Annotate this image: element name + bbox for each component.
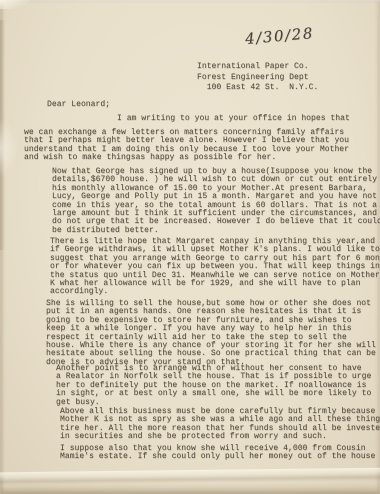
paper-bottom-shadow [0,483,380,494]
handwritten-date: 4/30/28 [244,24,314,48]
letter-paragraph-7: I suppose also that you know she will re… [60,445,375,462]
salutation: Dear Leonard; [47,101,110,109]
letter-paragraph-3: There is little hope that Margaret canpa… [50,238,380,297]
letter-paragraph-6: Above all this business must be done car… [60,408,380,442]
letter-paragraph-5: Another point is to arrange with or with… [56,365,371,407]
letter-paragraph-4: She is willing to sell the house,but som… [46,300,376,367]
letter-paragraph-2: Now that George has signed up to buy a h… [52,168,380,235]
letter-page: 4/30/28 International Paper Co. Forest E… [0,0,380,494]
paper-crease-left [0,118,18,178]
opening-line: I am writing to you at your office in ho… [117,115,350,123]
scan-corner-highlight [0,0,30,9]
sender-address-block: International Paper Co. Forest Engineeri… [197,62,318,94]
letter-paragraph-1: we can exchange a few letters on matters… [24,129,349,163]
